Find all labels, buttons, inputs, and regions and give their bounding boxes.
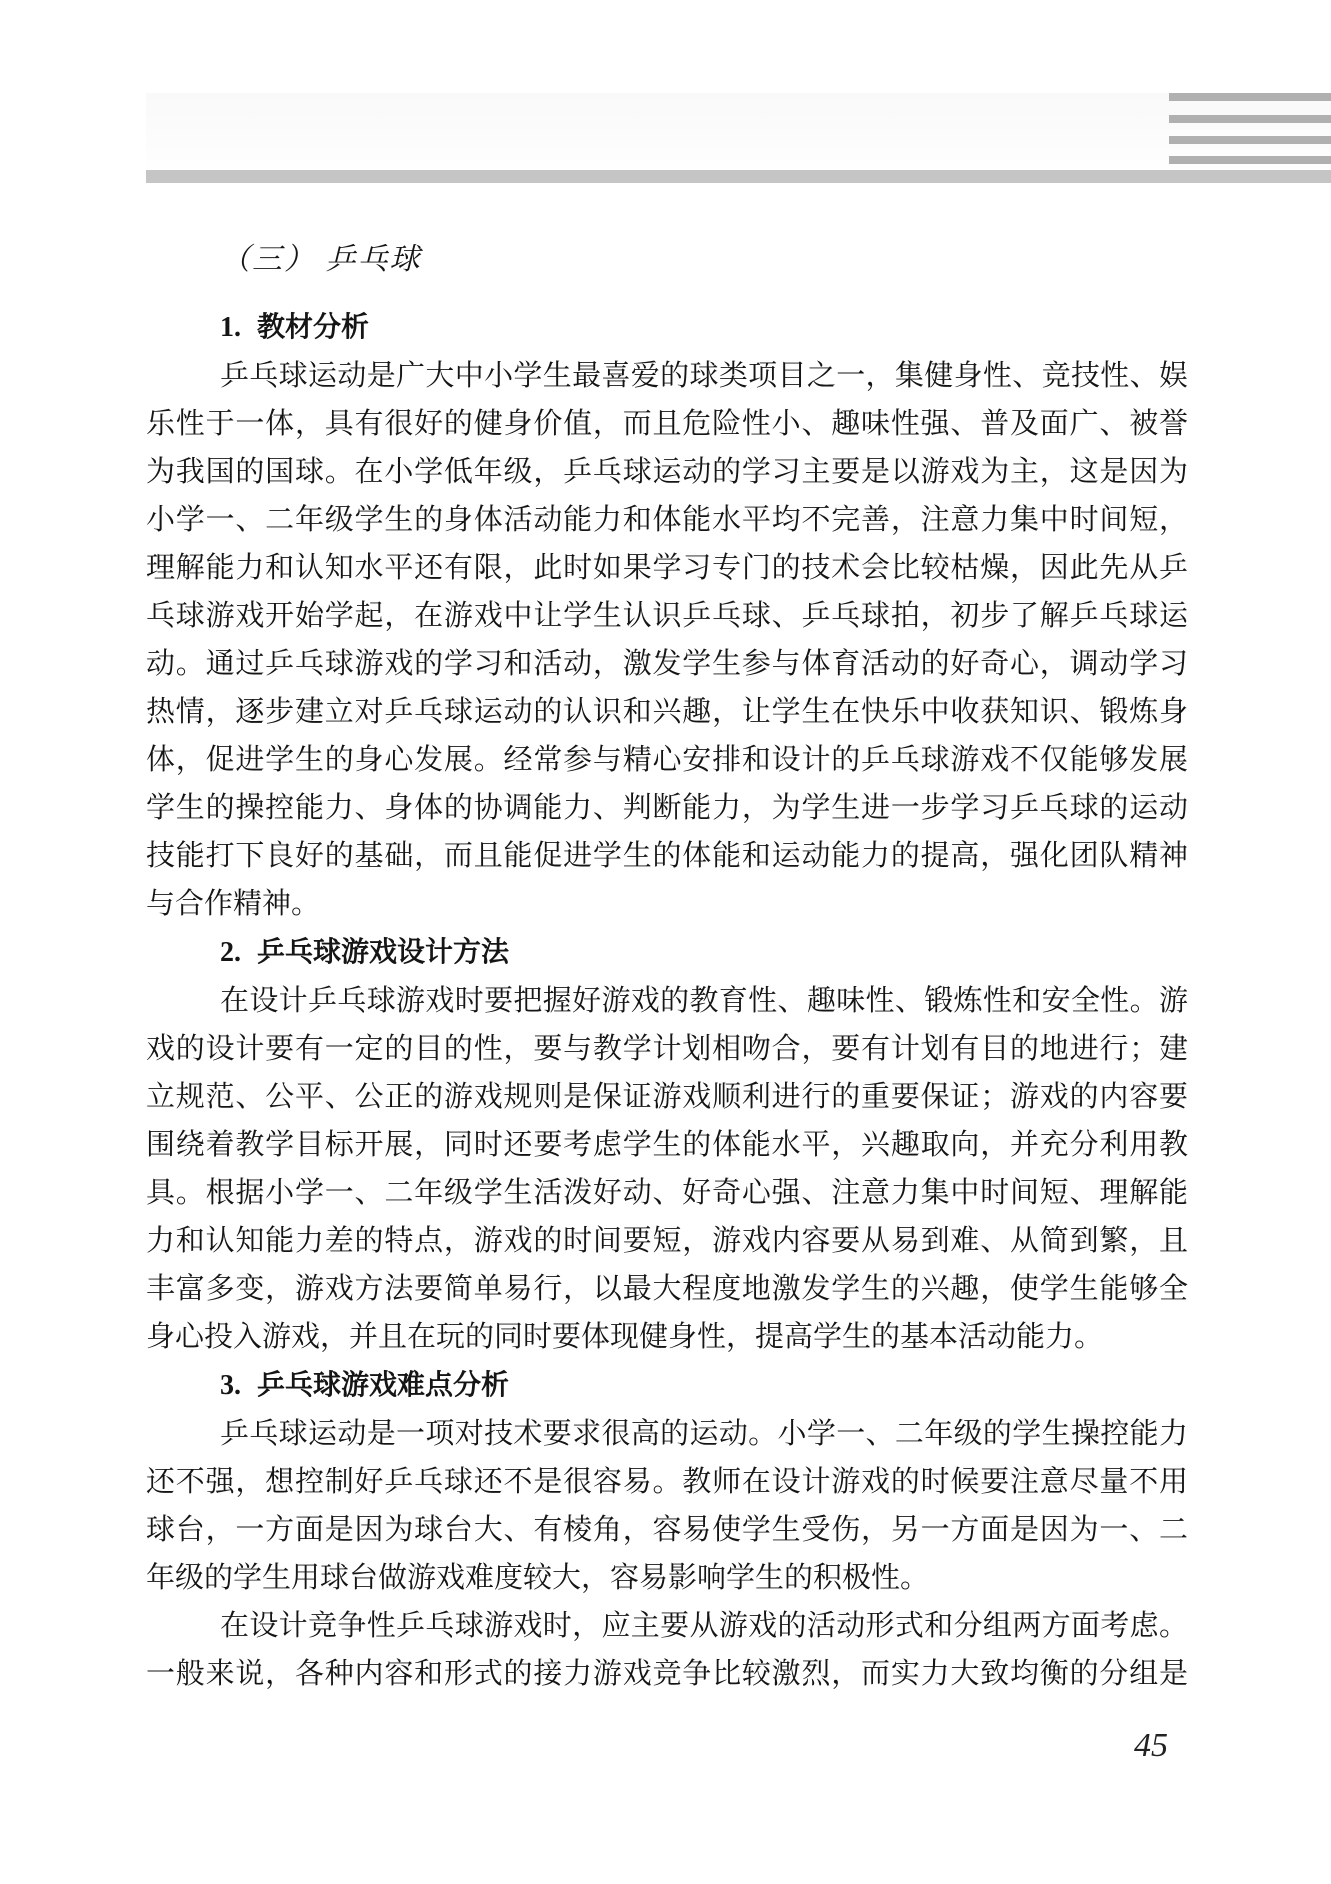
page-content: （三） 乒乓球 1.教材分析乒乓球运动是广大中小学生最喜爱的球类项目之一，集健身… bbox=[146, 236, 1188, 1698]
text-line: 技能打下良好的基础，而且能促进学生的体能和运动能力的提高，强化团队精神 bbox=[146, 832, 1188, 880]
page-number: 45 bbox=[1134, 1727, 1168, 1765]
text-line: 与合作精神。 bbox=[146, 880, 1188, 928]
heading-number: 2. bbox=[220, 937, 241, 968]
text-line: 戏的设计要有一定的目的性，要与教学计划相吻合，要有计划有目的地进行；建 bbox=[146, 1025, 1188, 1073]
text-line: 还不强，想控制好乒乓球还不是很容易。教师在设计游戏的时候要注意尽量不用 bbox=[146, 1458, 1188, 1506]
text-line: 理解能力和认知水平还有限，此时如果学习专门的技术会比较枯燥，因此先从乒 bbox=[146, 544, 1188, 592]
section-title: （三） 乒乓球 bbox=[146, 236, 1188, 284]
text-line: 乓球游戏开始学起，在游戏中让学生认识乒乓球、乒乓球拍，初步了解乒乓球运 bbox=[146, 592, 1188, 640]
heading-number: 1. bbox=[220, 312, 241, 343]
text-line: 在设计乒乓球游戏时要把握好游戏的教育性、趣味性、锻炼性和安全性。游 bbox=[146, 977, 1188, 1025]
text-line: 年级的学生用球台做游戏难度较大，容易影响学生的积极性。 bbox=[146, 1554, 1188, 1602]
text-line: 体，促进学生的身心发展。经常参与精心安排和设计的乒乓球游戏不仅能够发展 bbox=[146, 736, 1188, 784]
text-line: 一般来说，各种内容和形式的接力游戏竞争比较激烈，而实力大致均衡的分组是 bbox=[146, 1650, 1188, 1698]
heading-number: 3. bbox=[220, 1370, 241, 1401]
section-heading: 2.乒乓球游戏设计方法 bbox=[146, 928, 1188, 977]
text-line: 身心投入游戏，并且在玩的同时要体现健身性，提高学生的基本活动能力。 bbox=[146, 1313, 1188, 1361]
text-line: 丰富多变，游戏方法要简单易行，以最大程度地激发学生的兴趣，使学生能够全 bbox=[146, 1265, 1188, 1313]
paragraph: 在设计乒乓球游戏时要把握好游戏的教育性、趣味性、锻炼性和安全性。游戏的设计要有一… bbox=[146, 977, 1188, 1361]
section-heading: 1.教材分析 bbox=[146, 303, 1188, 352]
heading-text: 乒乓球游戏难点分析 bbox=[257, 1369, 509, 1400]
text-line: 乒乓球运动是一项对技术要求很高的运动。小学一、二年级的学生操控能力 bbox=[146, 1410, 1188, 1458]
text-line: 力和认知能力差的特点，游戏的时间要短，游戏内容要从易到难、从简到繁，且 bbox=[146, 1217, 1188, 1265]
text-line: 乒乓球运动是广大中小学生最喜爱的球类项目之一，集健身性、竞技性、娱 bbox=[146, 352, 1188, 400]
header-divider-bar bbox=[146, 170, 1331, 183]
text-line: 学生的操控能力、身体的协调能力、判断能力，为学生进一步学习乒乓球的运动 bbox=[146, 784, 1188, 832]
section-heading: 3.乒乓球游戏难点分析 bbox=[146, 1361, 1188, 1410]
text-line: 在设计竞争性乒乓球游戏时，应主要从游戏的活动形式和分组两方面考虑。 bbox=[146, 1602, 1188, 1650]
document-page: （三） 乒乓球 1.教材分析乒乓球运动是广大中小学生最喜爱的球类项目之一，集健身… bbox=[0, 0, 1331, 1884]
text-line: 小学一、二年级学生的身体活动能力和体能水平均不完善，注意力集中时间短， bbox=[146, 496, 1188, 544]
text-line: 立规范、公平、公正的游戏规则是保证游戏顺利进行的重要保证；游戏的内容要 bbox=[146, 1073, 1188, 1121]
text-line: 热情，逐步建立对乒乓球运动的认识和兴趣，让学生在快乐中收获知识、锻炼身 bbox=[146, 688, 1188, 736]
text-line: 动。通过乒乓球游戏的学习和活动，激发学生参与体育活动的好奇心，调动学习 bbox=[146, 640, 1188, 688]
text-line: 具。根据小学一、二年级学生活泼好动、好奇心强、注意力集中时间短、理解能 bbox=[146, 1169, 1188, 1217]
paragraph: 乒乓球运动是广大中小学生最喜爱的球类项目之一，集健身性、竞技性、娱乐性于一体，具… bbox=[146, 352, 1188, 928]
paragraph: 在设计竞争性乒乓球游戏时，应主要从游戏的活动形式和分组两方面考虑。一般来说，各种… bbox=[146, 1602, 1188, 1698]
heading-text: 乒乓球游戏设计方法 bbox=[257, 936, 509, 967]
heading-text: 教材分析 bbox=[257, 311, 369, 342]
header-decoration-panel bbox=[146, 93, 1331, 170]
text-line: 围绕着教学目标开展，同时还要考虑学生的体能水平，兴趣取向，并充分利用教 bbox=[146, 1121, 1188, 1169]
text-line: 为我国的国球。在小学低年级，乒乓球运动的学习主要是以游戏为主，这是因为 bbox=[146, 448, 1188, 496]
paragraph: 乒乓球运动是一项对技术要求很高的运动。小学一、二年级的学生操控能力还不强，想控制… bbox=[146, 1410, 1188, 1602]
text-line: 球台，一方面是因为球台大、有棱角，容易使学生受伤，另一方面是因为一、二 bbox=[146, 1506, 1188, 1554]
body-blocks: 1.教材分析乒乓球运动是广大中小学生最喜爱的球类项目之一，集健身性、竞技性、娱乐… bbox=[146, 303, 1188, 1698]
text-line: 乐性于一体，具有很好的健身价值，而且危险性小、趣味性强、普及面广、被誉 bbox=[146, 400, 1188, 448]
